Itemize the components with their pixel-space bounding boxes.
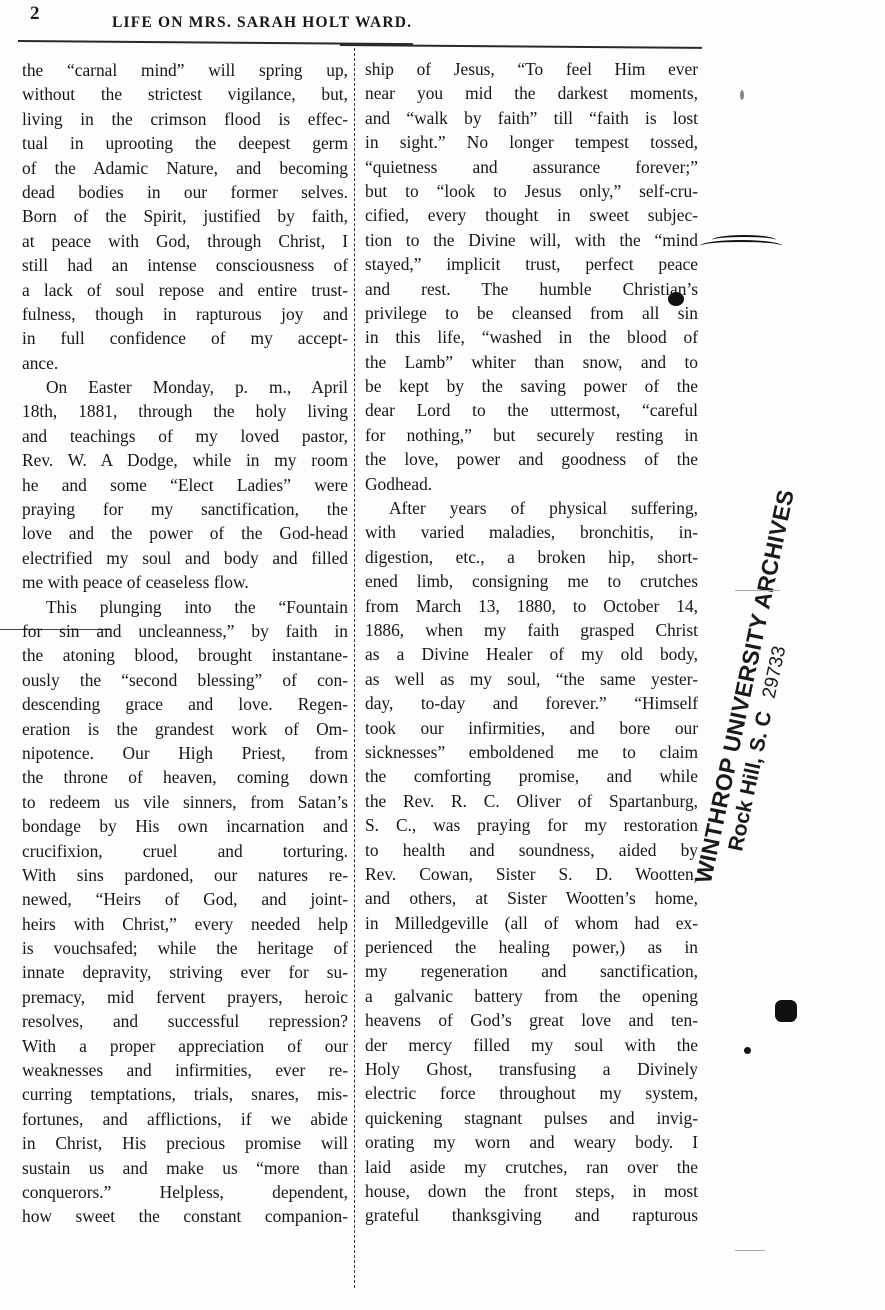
text-line: the Rev. R. C. Oliver of Spartanburg, [365, 789, 698, 813]
text-line: ously the “second blessing” of con- [22, 668, 348, 692]
text-line: 1886, when my faith grasped Christ [365, 618, 698, 642]
text-line: near you mid the darkest moments, [365, 81, 698, 105]
text-line: is vouchsafed; while the heritage of [22, 936, 348, 960]
text-line: a galvanic battery from the opening [365, 984, 698, 1008]
text-line: orating my worn and weary body. I [365, 1130, 698, 1154]
text-line: tion to the Divine will, with the “mind [365, 228, 698, 252]
text-line: With a proper appreciation of our [22, 1034, 348, 1058]
text-line: heavens of God’s great love and ten- [365, 1008, 698, 1032]
text-line: electrified my soul and body and filled [22, 546, 348, 570]
text-line: quickening stagnant pulses and invig- [365, 1106, 698, 1130]
text-line: grateful thanksgiving and rapturous [365, 1203, 698, 1227]
text-line: be kept by the saving power of the [365, 374, 698, 398]
text-line: as well as my soul, “the same yester- [365, 667, 698, 691]
text-line: Born of the Spirit, justified by faith, [22, 204, 348, 228]
text-line: and “walk by faith” till “faith is lost [365, 106, 698, 130]
text-line: for nothing,” but securely resting in [365, 423, 698, 447]
text-line: sustain us and make us “more than [22, 1156, 348, 1180]
text-line: electric force throughout my system, [365, 1081, 698, 1105]
text-line: conquerors.” Helpless, dependent, [22, 1180, 348, 1204]
text-line: curring temptations, trials, snares, mis… [22, 1082, 348, 1106]
text-line: me with peace of ceaseless flow. [22, 570, 348, 594]
left-column: the “carnal mind” will spring up,without… [22, 58, 348, 1229]
text-line: to health and soundness, aided by [365, 838, 698, 862]
text-line: ened limb, consigning me to crutches [365, 569, 698, 593]
text-line: crucifixion, cruel and torturing. [22, 839, 348, 863]
text-line: tual in uprooting the deepest germ [22, 131, 348, 155]
text-line: cified, every thought in sweet subjec- [365, 203, 698, 227]
text-line: took our infirmities, and bore our [365, 716, 698, 740]
text-line: nipotence. Our High Priest, from [22, 741, 348, 765]
text-line: praying for my sanctification, the [22, 497, 348, 521]
text-line: weaknesses and infirmities, ever re- [22, 1058, 348, 1082]
text-line: of the Adamic Nature, and becoming [22, 156, 348, 180]
text-line: the comforting promise, and while [365, 764, 698, 788]
text-line: This plunging into the “Fountain [22, 595, 348, 619]
text-line: how sweet the constant companion- [22, 1204, 348, 1228]
text-line: love and the power of the God-head [22, 521, 348, 545]
scratch-mark [712, 235, 776, 245]
text-line: resolves, and successful repression? [22, 1009, 348, 1033]
text-line: laid aside my crutches, ran over the [365, 1155, 698, 1179]
text-line: he and some “Elect Ladies” were [22, 473, 348, 497]
text-line: and rest. The humble Christian’s [365, 277, 698, 301]
speck [740, 90, 744, 100]
margin-mark [735, 590, 780, 591]
text-line: der mercy filled my soul with the [365, 1033, 698, 1057]
text-line: dear Lord to the uttermost, “careful [365, 398, 698, 422]
text-line: my regeneration and sanctification, [365, 959, 698, 983]
text-line: the love, power and goodness of the [365, 447, 698, 471]
text-line: “quietness and assurance forever;” [365, 155, 698, 179]
text-line: newed, “Heirs of God, and joint- [22, 887, 348, 911]
text-line: With sins pardoned, our natures re- [22, 863, 348, 887]
text-line: ship of Jesus, “To feel Him ever [365, 57, 698, 81]
text-line: sicknesses” emboldened me to claim [365, 740, 698, 764]
ink-dot [744, 1047, 751, 1054]
text-line: a lack of soul repose and entire trust- [22, 278, 348, 302]
text-line: for sin and uncleanness,” by faith in [22, 619, 348, 643]
text-line: On Easter Monday, p. m., April [22, 375, 348, 399]
text-line: 18th, 1881, through the holy living [22, 399, 348, 423]
text-line: fortunes, and afflictions, if we abide [22, 1107, 348, 1131]
text-line: descending grace and love. Regen- [22, 692, 348, 716]
text-line: in this life, “washed in the blood of [365, 325, 698, 349]
text-line: dead bodies in our former selves. [22, 180, 348, 204]
text-line: at peace with God, through Christ, I [22, 229, 348, 253]
text-line: in full confidence of my accept- [22, 326, 348, 350]
text-line: without the strictest vigilance, but, [22, 82, 348, 106]
text-line: Rev. Cowan, Sister S. D. Wootten, [365, 862, 698, 886]
text-line: day, to-day and forever.” “Himself [365, 691, 698, 715]
text-line: the “carnal mind” will spring up, [22, 58, 348, 82]
text-line: perienced the healing power,) as in [365, 935, 698, 959]
text-line: stayed,” implicit trust, perfect peace [365, 252, 698, 276]
text-line: and others, at Sister Wootten’s home, [365, 886, 698, 910]
running-title: LIFE ON MRS. SARAH HOLT WARD. [112, 14, 532, 32]
text-line: After years of physical suffering, [365, 496, 698, 520]
text-line: house, down the front steps, in most [365, 1179, 698, 1203]
text-line: living in the crimson flood is effec- [22, 107, 348, 131]
right-column: ship of Jesus, “To feel Him evernear you… [365, 57, 698, 1228]
text-line: as a Divine Healer of my old body, [365, 642, 698, 666]
column-divider [354, 48, 355, 1288]
margin-mark [735, 1250, 765, 1251]
text-line: the throne of heaven, coming down [22, 765, 348, 789]
text-line: heirs with Christ,” every needed help [22, 912, 348, 936]
header-rule [340, 44, 702, 49]
text-line: Rev. W. A Dodge, while in my room [22, 448, 348, 472]
text-line: the Lamb” whiter than snow, and to [365, 350, 698, 374]
page-number: 2 [30, 3, 40, 25]
text-line: Godhead. [365, 472, 698, 496]
text-line: ance. [22, 351, 348, 375]
text-line: digestion, etc., a broken hip, short- [365, 545, 698, 569]
archive-stamp: WINTHROP UNIVERSITY ARCHIVES Rock Hill, … [690, 459, 829, 890]
text-line: to redeem us vile sinners, from Satan’s [22, 790, 348, 814]
ink-mark [775, 1000, 797, 1022]
text-line: with varied maladies, bronchitis, in- [365, 520, 698, 544]
text-line: in Christ, His precious promise will [22, 1131, 348, 1155]
text-line: but to “look to Jesus only,” self-cru- [365, 179, 698, 203]
text-line: fulness, though in rapturous joy and [22, 302, 348, 326]
text-line: bondage by His own incarnation and [22, 814, 348, 838]
ink-blot [668, 292, 684, 306]
text-line: from March 13, 1880, to October 14, [365, 594, 698, 618]
text-line: in sight.” No longer tempest tossed, [365, 130, 698, 154]
text-line: still had an intense consciousness of [22, 253, 348, 277]
text-line: premacy, mid fervent prayers, heroic [22, 985, 348, 1009]
text-line: privilege to be cleansed from all sin [365, 301, 698, 325]
text-line: Holy Ghost, transfusing a Divinely [365, 1057, 698, 1081]
text-line: and teachings of my loved pastor, [22, 424, 348, 448]
text-line: innate depravity, striving ever for su- [22, 960, 348, 984]
text-line: in Milledgeville (all of whom had ex- [365, 911, 698, 935]
text-line: the atoning blood, brought instantane- [22, 643, 348, 667]
text-line: S. C., was praying for my restoration [365, 813, 698, 837]
text-line: eration is the grandest work of Om- [22, 717, 348, 741]
